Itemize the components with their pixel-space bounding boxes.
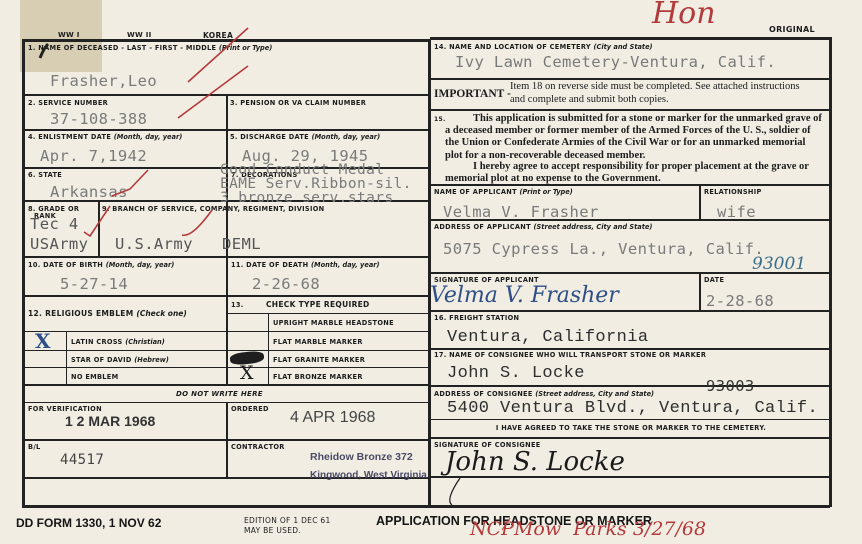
contractor-label: CONTRACTOR: [231, 443, 285, 451]
relationship-label: RELATIONSHIP: [704, 188, 762, 196]
consignee-address-value: 5400 Ventura Blvd., Ventura, Calif.: [447, 399, 818, 418]
relationship-value: wife: [717, 203, 756, 221]
applicant-address-value: 5075 Cypress La., Ventura, Calif.: [443, 240, 764, 258]
applicant-name-label: NAME OF APPLICANT (Print or Type): [434, 188, 573, 196]
ordered-label: ORDERED: [231, 405, 269, 413]
emblem-latin-cross-label[interactable]: LATIN CROSS (Christian): [71, 338, 165, 346]
field9-label: 9. BRANCH OF SERVICE, COMPANY, REGIMENT,…: [102, 205, 324, 213]
war-option-ww2: WW II: [127, 31, 152, 39]
field13-title: CHECK TYPE REQUIRED: [266, 300, 370, 309]
cemetery-value: Ivy Lawn Cemetery-Ventura, Calif.: [455, 53, 776, 71]
verification-label: FOR VERIFICATION: [28, 405, 102, 413]
consignee-name-value: John S. Locke: [447, 364, 585, 383]
rule: [22, 505, 830, 508]
consignee-address-label: ADDRESS OF CONSIGNEE (Street address, Ci…: [434, 390, 654, 398]
latin-cross-checkbox-mark[interactable]: X: [35, 329, 51, 353]
applicant-zip-handwritten: 93001: [752, 254, 806, 274]
consignee-agreement: I HAVE AGREED TO TAKE THE STONE OR MARKE…: [430, 424, 832, 432]
field6-label: 6. STATE: [28, 171, 62, 179]
type-flat-bronze-marker[interactable]: FLAT BRONZE MARKER: [273, 373, 363, 381]
type-flat-marble-marker[interactable]: FLAT MARBLE MARKER: [273, 338, 363, 346]
contractor-stamp-line2: Kingwood, West Virginia: [310, 470, 427, 481]
service-number-value: 37-108-388: [50, 110, 147, 128]
field16-label: 16. FREIGHT STATION: [434, 314, 519, 322]
field3-label: 3. PENSION OR VA CLAIM NUMBER: [230, 99, 366, 107]
contractor-stamp-line1: Rheidow Bronze 372: [310, 451, 413, 463]
type-upright-marble-headstone[interactable]: UPRIGHT MARBLE HEADSTONE: [273, 319, 394, 327]
field4-label: 4. ENLISTMENT DATE (Month, day, year): [28, 133, 182, 141]
office-section-title: DO NOT WRITE HERE: [176, 390, 263, 398]
bl-value: 44517: [60, 452, 104, 468]
edition-note: EDITION OF 1 DEC 61MAY BE USED.: [244, 516, 331, 536]
consignee-agreement-wrap: I HAVE AGREED TO TAKE THE STONE OR MARKE…: [0, 424, 862, 432]
field2-label: 2. SERVICE NUMBER: [28, 99, 108, 107]
emblem-none-label[interactable]: NO EMBLEM: [71, 373, 118, 381]
applicant-address-label: ADDRESS OF APPLICANT (Street address, Ci…: [434, 223, 652, 231]
consignee-signature: John S. Locke: [445, 447, 625, 477]
rule: [22, 39, 25, 507]
type-flat-granite-marker[interactable]: FLAT GRANITE MARKER: [273, 356, 365, 364]
important-label: IMPORTANT -: [434, 88, 511, 102]
decorations-value: Good Conduct Medal EAME Serv.Ribbon-sil.…: [220, 163, 412, 205]
consignee-zip-value: 93003: [706, 377, 755, 395]
emblem-star-of-david-label[interactable]: STAR OF DAVID (Hebrew): [71, 356, 169, 364]
check-mark-icon: [182, 210, 212, 235]
state-value: Arkansas: [50, 183, 128, 201]
field14-label: 14. NAME AND LOCATION OF CEMETERY (City …: [434, 43, 653, 51]
rule: [22, 39, 430, 42]
field11-label: 11. DATE OF DEATH (Month, day, year): [231, 261, 380, 269]
grade-value: Tec 4: [30, 215, 79, 233]
applicant-name-value: Velma V. Frasher: [443, 203, 599, 221]
war-option-ww1: WW I: [58, 31, 80, 39]
field10-label: 10. DATE OF BIRTH (Month, day, year): [28, 261, 174, 269]
birth-date-value: 5-27-14: [60, 275, 128, 293]
deceased-name-value: Frasher,Leo: [50, 72, 157, 90]
field15-para2: I hereby agree to accept responsibility …: [445, 161, 823, 185]
field15-label: 15.: [434, 116, 446, 123]
check-mark-icon: [178, 66, 248, 118]
field13-number: 13.: [231, 301, 244, 309]
application-date-value: 2-28-68: [706, 292, 774, 310]
field17-label: 17. NAME OF CONSIGNEE WHO WILL TRANSPORT…: [434, 351, 706, 359]
important-text: Item 18 on reverse side must be complete…: [510, 80, 810, 106]
applicant-signature: Velma V. Frasher: [430, 283, 619, 308]
date-label: DATE: [704, 276, 724, 284]
freight-station-value: Ventura, California: [447, 328, 648, 347]
rule: [430, 37, 832, 40]
bl-label: B/L: [28, 443, 41, 451]
field1-label: 1. NAME OF DECEASED - LAST - FIRST - MID…: [28, 44, 272, 52]
handwritten-annotation-top: Hon: [652, 0, 716, 31]
copy-label: ORIGINAL: [769, 25, 815, 34]
signature-tail: [450, 478, 460, 505]
handwritten-annotation-bottom: NCPMow Parks 3/27/68: [470, 518, 706, 540]
death-date-value: 2-26-68: [252, 275, 320, 293]
field15-para1: This application is submitted for a ston…: [445, 113, 823, 162]
form-id: DD FORM 1330, 1 NOV 62: [16, 516, 161, 530]
field12-label: 12. RELIGIOUS EMBLEM (Check one): [28, 309, 187, 318]
field5-label: 5. DISCHARGE DATE (Month, day, year): [230, 133, 380, 141]
rank-branch-value: USArmy: [30, 235, 88, 253]
bronze-checkbox-mark[interactable]: X: [240, 362, 254, 384]
branch-value: U.S.Army DEML: [115, 235, 261, 253]
enlistment-date-value: Apr. 7,1942: [40, 147, 147, 165]
